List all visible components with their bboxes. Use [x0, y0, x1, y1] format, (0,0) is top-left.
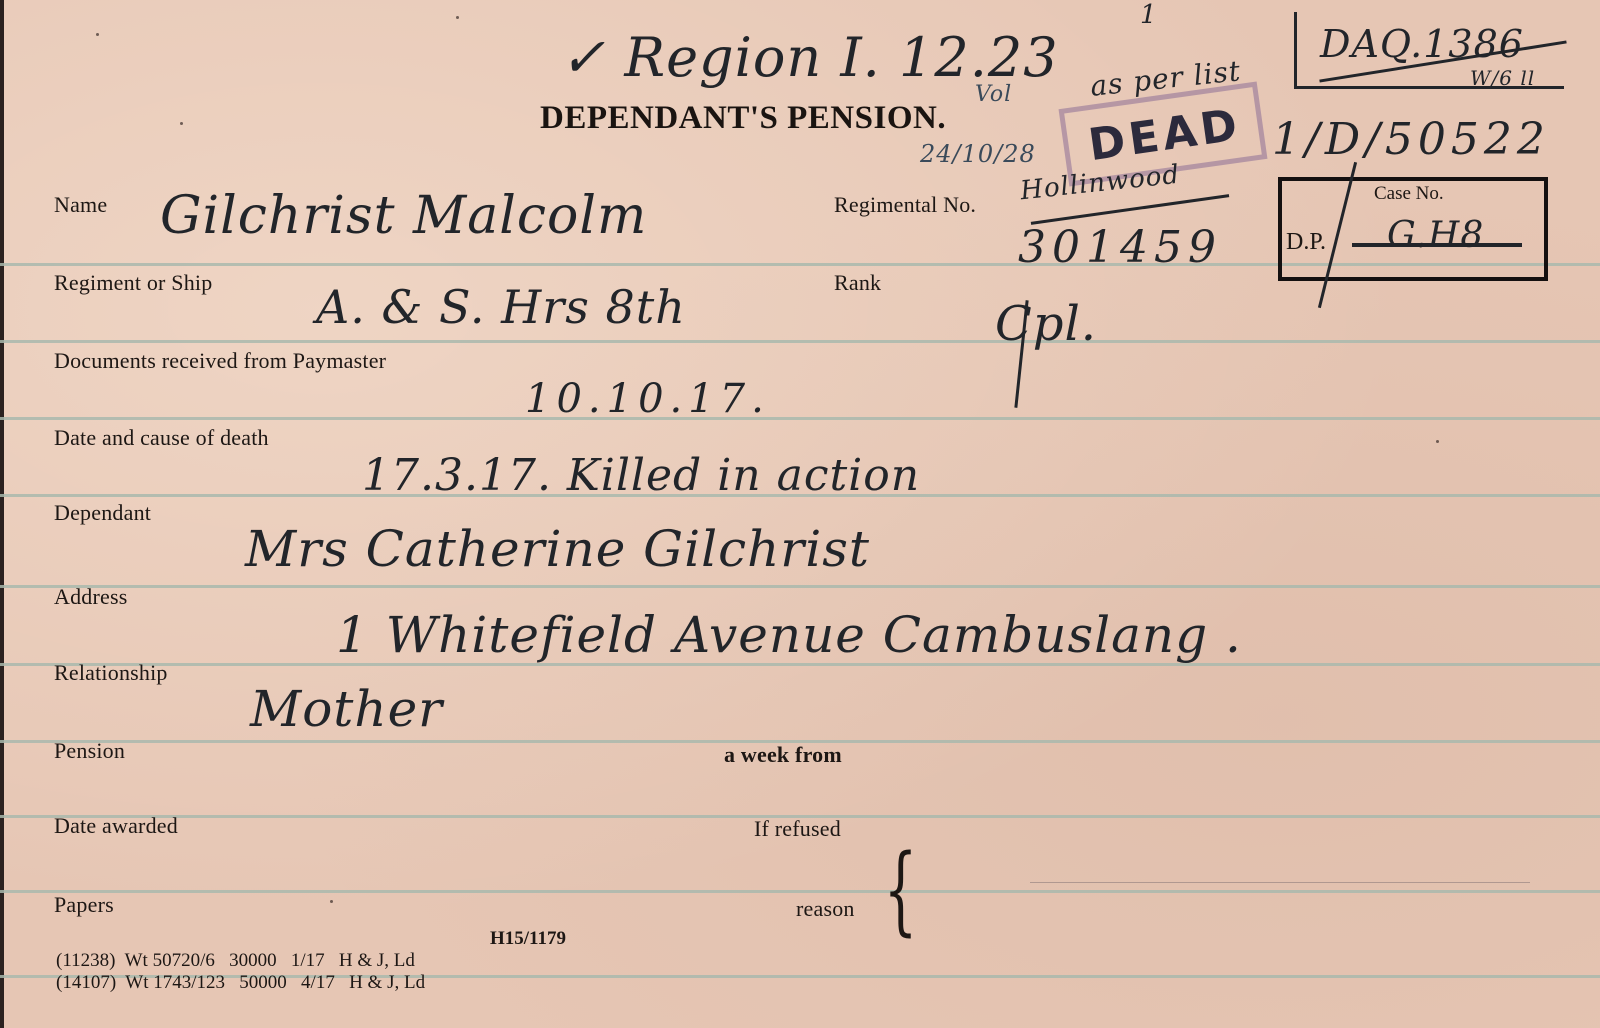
case-no-label: Case No. — [1374, 183, 1444, 205]
rank-value: Cpl. — [995, 296, 1097, 352]
paper-speck — [1436, 440, 1439, 443]
paper-speck — [456, 16, 459, 19]
corner-bracket-vertical — [1294, 12, 1297, 86]
stamp-date-note: 24/10/28 — [920, 140, 1036, 168]
papers-label: Papers — [54, 892, 114, 918]
vol-note: Vol — [975, 82, 1012, 107]
dependant-label: Dependant — [54, 500, 151, 526]
print-line-2: (14107) Wt 1743/123 50000 4/17 H & J, Ld — [56, 972, 425, 994]
paper-speck — [330, 900, 333, 903]
week-from-label: a week from — [724, 742, 842, 768]
ruled-line — [0, 890, 1600, 893]
date-awarded-label: Date awarded — [54, 813, 178, 839]
ruled-line — [0, 585, 1600, 588]
death-value: 17.3.17. Killed in action — [362, 450, 920, 501]
regiment-label: Regiment or Ship — [54, 270, 212, 296]
regimental-no-label: Regimental No. — [834, 192, 976, 218]
documents-received-label: Documents received from Paymaster — [54, 348, 386, 374]
relationship-value: Mother — [250, 680, 443, 738]
if-refused-label: If refused — [754, 816, 841, 842]
brace-symbol: { — [884, 842, 918, 938]
reason-label: reason — [796, 896, 855, 922]
paper-speck — [180, 122, 183, 125]
refusal-reason-line — [1030, 882, 1530, 883]
rank-label: Rank — [834, 270, 881, 296]
main-reference: 1/D/50522 — [1272, 114, 1550, 165]
struck-reference: DAQ.1386 — [1320, 22, 1524, 66]
regimental-no-value: 301459 — [1018, 222, 1222, 273]
ruled-line — [0, 340, 1600, 343]
strike-through — [1352, 243, 1522, 247]
page-title: DEPENDANT'S PENSION. — [540, 100, 946, 137]
name-value: Gilchrist Malcolm — [160, 186, 647, 246]
pension-label: Pension — [54, 738, 125, 764]
ruled-line — [0, 417, 1600, 420]
print-line-1: (11238) Wt 50720/6 30000 1/17 H & J, Ld — [56, 950, 415, 972]
death-label: Date and cause of death — [54, 425, 269, 451]
dependant-value: Mrs Catherine Gilchrist — [245, 520, 870, 578]
struck-scribble: W/6 ll — [1470, 66, 1535, 90]
documents-received-value: 10.10.17. — [525, 376, 770, 422]
pension-card: ✓ Region I. 12.23 1 DEPENDANT'S PENSION.… — [0, 0, 1600, 1028]
paper-speck — [96, 33, 99, 36]
case-number-box: Case No. D.P. G.H8 — [1278, 177, 1548, 281]
region-fraction: 1 — [1140, 0, 1158, 30]
form-code: H15/1179 — [490, 928, 566, 950]
case-number-struck: G.H8 — [1387, 215, 1484, 256]
region-annotation: ✓ Region I. 12.23 — [560, 26, 1059, 89]
address-value: 1 Whitefield Avenue Cambuslang . — [336, 606, 1242, 664]
address-label: Address — [54, 584, 128, 610]
name-label: Name — [54, 192, 107, 218]
relationship-label: Relationship — [54, 660, 168, 686]
dp-prefix: D.P. — [1286, 229, 1326, 256]
regiment-value: A. & S. Hrs 8th — [316, 280, 686, 334]
